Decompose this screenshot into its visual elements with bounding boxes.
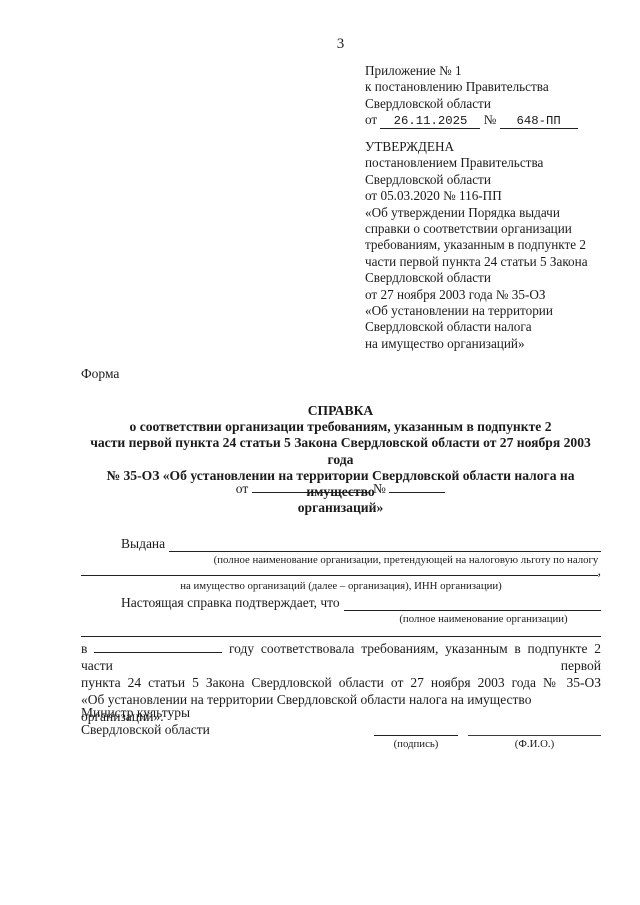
confirm-blank-line [344,596,601,611]
appendix-line: к постановлению Правительства [365,79,615,95]
confirm-row: Настоящая справка подтверждает, что [81,595,601,611]
certificate-ref-line: от № [81,480,600,497]
minister-title-line: Свердловской области [81,722,361,739]
confirm-note: (полное наименование организации) [81,613,601,625]
appendix-date-value: 26.11.2025 [380,114,480,129]
confirm-label: Настоящая справка подтверждает, что [121,595,340,611]
issued-blank-line [169,537,601,552]
approved-line: справки о соответствии организации [365,221,615,237]
appendix-block: Приложение № 1 к постановлению Правитель… [365,63,615,129]
ref-date-prefix: от [236,481,248,496]
page-number: 3 [81,36,600,53]
trailing-comma: , [598,566,601,576]
certificate-title: СПРАВКА о соответствии организации требо… [81,403,600,516]
year-blank [94,640,222,653]
signature-blank-line [374,720,458,736]
issued-note-2: на имущество организаций (далее – органи… [81,580,601,592]
minister-title-line: Министр культуры [81,705,361,722]
issued-label: Выдана [121,536,165,552]
fio-blank-line [468,720,601,736]
paragraph-line-1: в году соответствовала требованиям, указ… [81,640,601,674]
appendix-line: Приложение № 1 [365,63,615,79]
approved-line: на имущество организаций» [365,336,615,352]
minister-title: Министр культуры Свердловской области [81,705,361,738]
signature-label: (подпись) [374,738,458,750]
appendix-line: Свердловской области [365,96,615,112]
certificate-title-line: части первой пункта 24 статьи 5 Закона С… [81,435,600,467]
ref-number-sign: № [373,481,386,496]
approved-line: требованиям, указанным в подпункте 2 [365,237,615,253]
appendix-number-value: 648-ПП [500,114,578,129]
approved-line: от 05.03.2020 № 116-ПП [365,188,615,204]
appendix-date-line: от 26.11.2025 № 648-ПП [365,112,615,129]
issued-row: Выдана [81,536,601,552]
certificate-title-heading: СПРАВКА [81,403,600,419]
approved-block: УТВЕРЖДЕНА постановлением Правительства … [365,139,615,352]
rule-row [81,627,601,637]
approved-line: части первой пункта 24 статьи 5 Закона [365,254,615,270]
continuation-blank-line [81,566,598,576]
fio-label: (Ф.И.О.) [468,738,601,750]
certificate-body: Выдана (полное наименование организации,… [81,536,601,725]
continuation-line-row: , [81,566,601,576]
appendix-number-sign: № [484,112,497,127]
approved-line: «Об утверждении Порядка выдачи [365,205,615,221]
appendix-date-prefix: от [365,112,377,127]
form-label: Форма [81,366,119,382]
ref-number-blank [389,480,445,493]
approved-line: «Об установлении на территории [365,303,615,319]
certificate-title-line: организаций» [81,500,600,516]
approved-line: от 27 ноября 2003 года № 35-ОЗ [365,287,615,303]
approved-line: постановлением Правительства [365,155,615,171]
approved-line: Свердловской области [365,270,615,286]
approved-line: УТВЕРЖДЕНА [365,139,615,155]
ref-date-blank [252,480,370,493]
approved-line: Свердловской области [365,172,615,188]
certificate-title-line: о соответствии организации требованиям, … [81,419,600,435]
approved-line: Свердловской области налога [365,319,615,335]
issued-note-1: (полное наименование организации, претен… [81,554,601,566]
paragraph-prefix: в [81,641,87,656]
full-blank-line [81,627,601,637]
document-page: 3 Приложение № 1 к постановлению Правите… [0,0,640,905]
paragraph-line-2: пункта 24 статьи 5 Закона Свердловской о… [81,674,601,691]
